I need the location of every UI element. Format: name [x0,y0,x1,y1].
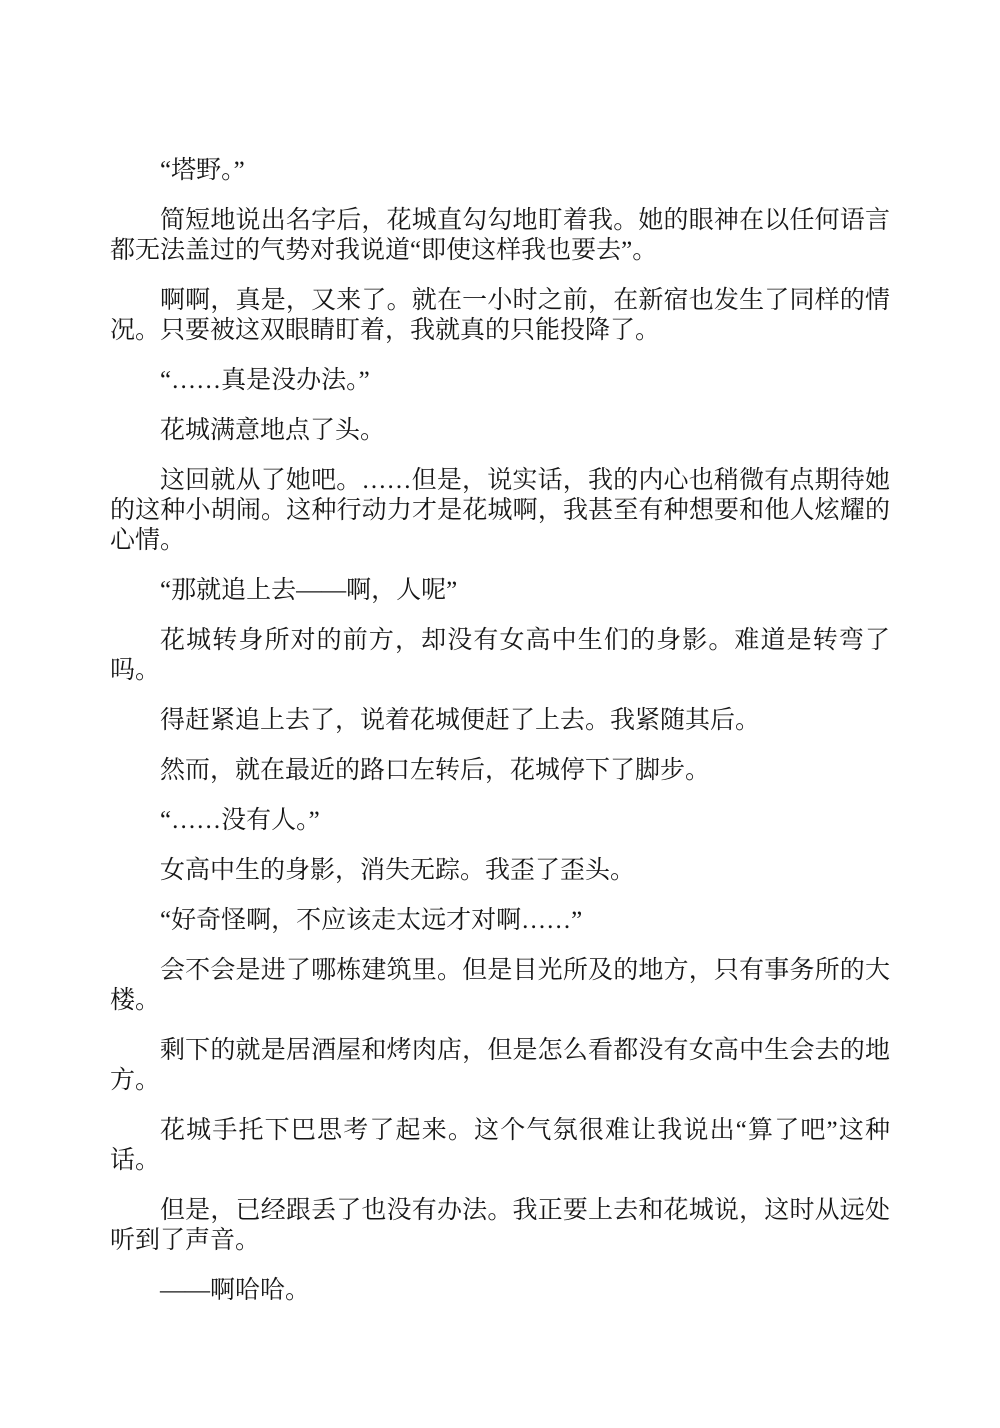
paragraph: 剩下的就是居酒屋和烤肉店，但是怎么看都没有女高中生会去的地方。 [110,1036,890,1096]
novel-page: “塔野。” 简短地说出名字后，花城直勾勾地盯着我。她的眼神在以任何语言都无法盖过… [0,0,1000,1428]
paragraph: 花城满意地点了头。 [110,416,890,446]
paragraph: “好奇怪啊，不应该走太远才对啊……” [110,906,890,936]
paragraph: 但是，已经跟丢了也没有办法。我正要上去和花城说，这时从远处听到了声音。 [110,1196,890,1256]
paragraph: 得赶紧追上去了，说着花城便赶了上去。我紧随其后。 [110,706,890,736]
paragraph: 花城转身所对的前方，却没有女高中生们的身影。难道是转弯了吗。 [110,626,890,686]
paragraph: “……没有人。” [110,806,890,836]
paragraph: “……真是没办法。” [110,366,890,396]
paragraph: 啊啊，真是，又来了。就在一小时之前，在新宿也发生了同样的情况。只要被这双眼睛盯着… [110,286,890,346]
paragraph: ——啊哈哈。 [110,1276,890,1306]
paragraph: “塔野。” [110,156,890,186]
paragraph: 这回就从了她吧。……但是，说实话，我的内心也稍微有点期待她的这种小胡闹。这种行动… [110,466,890,556]
paragraph: 然而，就在最近的路口左转后，花城停下了脚步。 [110,756,890,786]
paragraph: 简短地说出名字后，花城直勾勾地盯着我。她的眼神在以任何语言都无法盖过的气势对我说… [110,206,890,266]
paragraph: 女高中生的身影，消失无踪。我歪了歪头。 [110,856,890,886]
paragraph: “那就追上去——啊，人呢” [110,576,890,606]
paragraph: 花城手托下巴思考了起来。这个气氛很难让我说出“算了吧”这种话。 [110,1116,890,1176]
paragraph: 会不会是进了哪栋建筑里。但是目光所及的地方，只有事务所的大楼。 [110,956,890,1016]
